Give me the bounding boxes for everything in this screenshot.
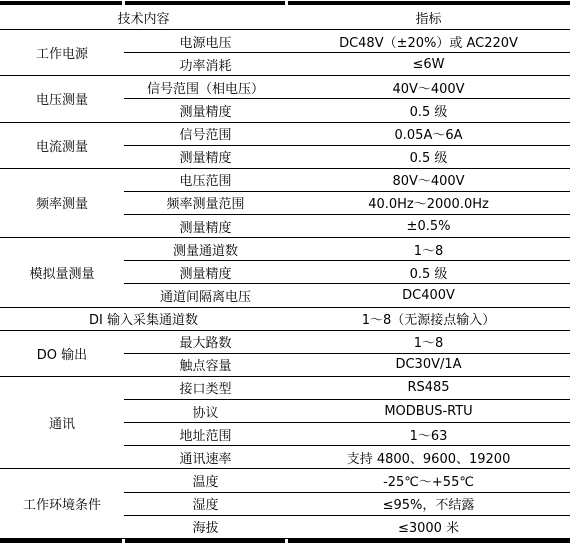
tech-content-cell: 电压范围 — [124, 168, 287, 191]
tech-content-cell: 协议 — [124, 400, 287, 423]
table-row: 通讯接口类型RS485 — [0, 376, 570, 399]
tech-content-cell: 测量精度 — [124, 215, 287, 238]
tech-content-cell: 海拔 — [124, 515, 287, 538]
spec-value-cell: DC400V — [287, 284, 570, 307]
tech-content-cell: 信号范围 — [124, 122, 287, 145]
spec-value-cell: 80V～400V — [287, 168, 570, 191]
category-cell: 电流测量 — [0, 122, 124, 168]
tech-content-cell: 测量精度 — [124, 145, 287, 168]
spec-value-cell: -25℃～+55℃ — [287, 469, 570, 492]
spec-value-cell: 0.5 级 — [287, 99, 570, 122]
spec-value-cell: 0.5 级 — [287, 261, 570, 284]
category-cell: 频率测量 — [0, 168, 124, 237]
tech-content-cell: 接口类型 — [124, 376, 287, 399]
header-tech-content: 技术内容 — [0, 5, 287, 30]
spec-value-cell: 40.0Hz～2000.0Hz — [287, 191, 570, 214]
tech-content-cell: 湿度 — [124, 492, 287, 515]
border-gap — [122, 1, 125, 5]
spec-value-cell: 0.05A～6A — [287, 122, 570, 145]
spec-table: 技术内容 指标 工作电源电源电压DC48V（±20%）或 AC220V功率消耗≤… — [0, 5, 570, 539]
tech-content-cell: 信号范围（相电压） — [124, 76, 287, 99]
spec-sheet: 技术内容 指标 工作电源电源电压DC48V（±20%）或 AC220V功率消耗≤… — [0, 1, 570, 543]
spec-value-cell: 0.5 级 — [287, 145, 570, 168]
spec-value-cell: ≤95%，不结露 — [287, 492, 570, 515]
table-row: 频率测量电压范围80V～400V — [0, 168, 570, 191]
spec-value-cell: DC48V（±20%）或 AC220V — [287, 30, 570, 53]
tech-content-cell: 频率测量范围 — [124, 191, 287, 214]
tech-content-cell: 触点容量 — [124, 353, 287, 376]
spec-value-cell: 1～63 — [287, 423, 570, 446]
category-cell: 工作环境条件 — [0, 469, 124, 539]
spec-value-cell: 40V～400V — [287, 76, 570, 99]
tech-content-cell: 测量精度 — [124, 261, 287, 284]
spec-value-cell: MODBUS-RTU — [287, 400, 570, 423]
tech-content-cell: 测量通道数 — [124, 238, 287, 261]
category-cell: 工作电源 — [0, 30, 124, 76]
spec-value-cell: ≤3000 米 — [287, 515, 570, 538]
tech-content-cell: 通道间隔离电压 — [124, 284, 287, 307]
tech-content-cell: 电源电压 — [124, 30, 287, 53]
table-row: 模拟量测量测量通道数1～8 — [0, 238, 570, 261]
spec-value-cell: DC30V/1A — [287, 353, 570, 376]
header-row: 技术内容 指标 — [0, 5, 570, 30]
merged-label-cell: DI 输入采集通道数 — [0, 307, 287, 330]
spec-value-cell: 1～8 — [287, 238, 570, 261]
tech-content-cell: 测量精度 — [124, 99, 287, 122]
table-row: DO 输出最大路数1～8 — [0, 330, 570, 353]
tech-content-cell: 最大路数 — [124, 330, 287, 353]
table-body: 工作电源电源电压DC48V（±20%）或 AC220V功率消耗≤6W电压测量信号… — [0, 30, 570, 539]
border-gap — [285, 1, 288, 5]
border-gap — [285, 539, 288, 543]
spec-value-cell: ±0.5% — [287, 215, 570, 238]
spec-value-cell: 1～8（无源接点输入） — [287, 307, 570, 330]
category-cell: DO 输出 — [0, 330, 124, 376]
table-row: 电压测量信号范围（相电压）40V～400V — [0, 76, 570, 99]
table-row: 工作环境条件温度-25℃～+55℃ — [0, 469, 570, 492]
category-cell: 模拟量测量 — [0, 238, 124, 307]
tech-content-cell: 功率消耗 — [124, 53, 287, 76]
table-row: 电流测量信号范围0.05A～6A — [0, 122, 570, 145]
table-row: DI 输入采集通道数1～8（无源接点输入） — [0, 307, 570, 330]
header-spec: 指标 — [287, 5, 570, 30]
table-row: 工作电源电源电压DC48V（±20%）或 AC220V — [0, 30, 570, 53]
tech-content-cell: 通讯速率 — [124, 446, 287, 469]
tech-content-cell: 温度 — [124, 469, 287, 492]
spec-value-cell: RS485 — [287, 376, 570, 399]
tech-content-cell: 地址范围 — [124, 423, 287, 446]
spec-value-cell: 1～8 — [287, 330, 570, 353]
spec-value-cell: 支持 4800、9600、19200 — [287, 446, 570, 469]
border-gap — [122, 539, 125, 543]
category-cell: 电压测量 — [0, 76, 124, 122]
category-cell: 通讯 — [0, 376, 124, 469]
spec-value-cell: ≤6W — [287, 53, 570, 76]
